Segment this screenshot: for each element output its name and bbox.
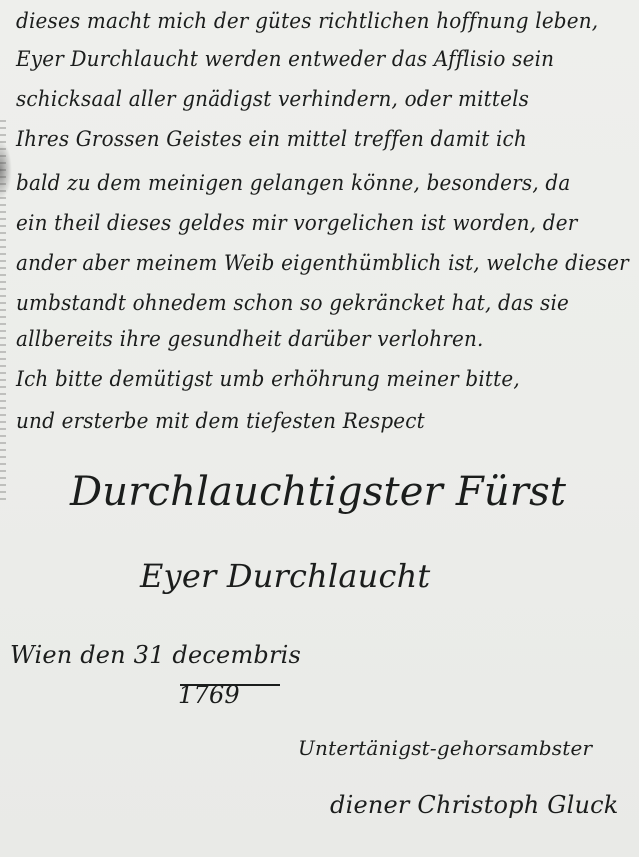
address-line: Eyer Durchlaucht bbox=[140, 556, 430, 596]
letter-line-10: Ich bitte demütigst umb erhöhrung meiner… bbox=[16, 366, 520, 392]
letter-line-7: ander aber meinem Weib eigenthümblich is… bbox=[16, 250, 629, 276]
scan-shadow-artifact bbox=[0, 140, 12, 200]
letter-line-6: ein theil dieses geldes mir vorgelichen … bbox=[16, 210, 577, 236]
letter-line-9: allbereits ihre gesundheit darüber verlo… bbox=[16, 326, 484, 352]
closing-formula: Untertänigst-gehorsambster bbox=[298, 735, 592, 761]
place-date: Wien den 31 decembris bbox=[10, 640, 301, 670]
letter-line-2: Eyer Durchlaucht werden entweder das Aff… bbox=[16, 46, 554, 72]
letter-line-1: dieses macht mich der gütes richtlichen … bbox=[16, 8, 598, 34]
date-year: 1769 bbox=[178, 680, 240, 710]
letter-line-3: schicksaal aller gnädigst verhindern, od… bbox=[16, 86, 529, 112]
letter-line-4: Ihres Grossen Geistes ein mittel treffen… bbox=[16, 126, 527, 152]
letter-page: dieses macht mich der gütes richtlichen … bbox=[0, 0, 639, 857]
signature: diener Christoph Gluck bbox=[330, 790, 619, 820]
letter-line-5: bald zu dem meinigen gelangen könne, bes… bbox=[16, 170, 570, 196]
letter-line-11: und ersterbe mit dem tiefesten Respect bbox=[16, 408, 425, 434]
salutation: Durchlauchtigster Fürst bbox=[70, 468, 566, 516]
letter-line-8: umbstandt ohnedem schon so gekräncket ha… bbox=[16, 290, 569, 316]
